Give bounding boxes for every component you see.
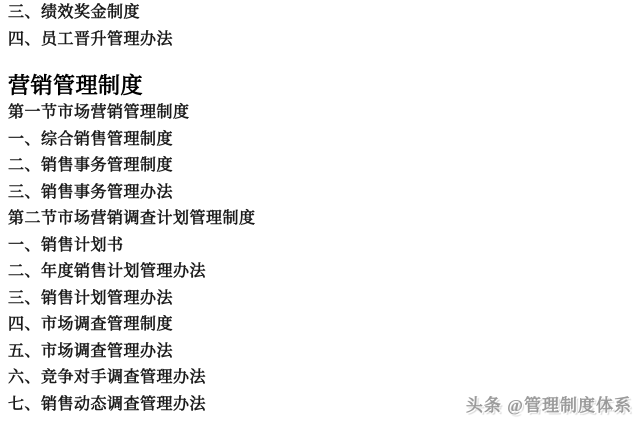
- toc-line: 第一节市场营销管理制度: [8, 100, 632, 127]
- toc-line: 六、竞争对手调查管理办法: [8, 365, 632, 392]
- toc-line: 四、市场调查管理制度: [8, 312, 632, 339]
- toc-line: 四、员工晋升管理办法: [8, 27, 632, 54]
- toc-line: 三、绩效奖金制度: [8, 0, 632, 27]
- toc-line: 五、市场调查管理办法: [8, 339, 632, 366]
- section-heading: 营销管理制度: [8, 72, 632, 100]
- toc-line: 三、销售计划管理办法: [8, 286, 632, 313]
- toc-line: 一、综合销售管理制度: [8, 127, 632, 154]
- toc-line: 二、销售事务管理制度: [8, 153, 632, 180]
- toc-line: 一、销售计划书: [8, 233, 632, 260]
- toc-line: 三、销售事务管理办法: [8, 180, 632, 207]
- watermark: 头条 @管理制度体系: [466, 397, 632, 415]
- toc-content: 三、绩效奖金制度 四、员工晋升管理办法 营销管理制度 第一节市场营销管理制度 一…: [8, 0, 632, 418]
- document-page: 三、绩效奖金制度 四、员工晋升管理办法 营销管理制度 第一节市场营销管理制度 一…: [0, 0, 640, 424]
- toc-line: 第二节市场营销调查计划管理制度: [8, 206, 632, 233]
- toc-line: 二、年度销售计划管理办法: [8, 259, 632, 286]
